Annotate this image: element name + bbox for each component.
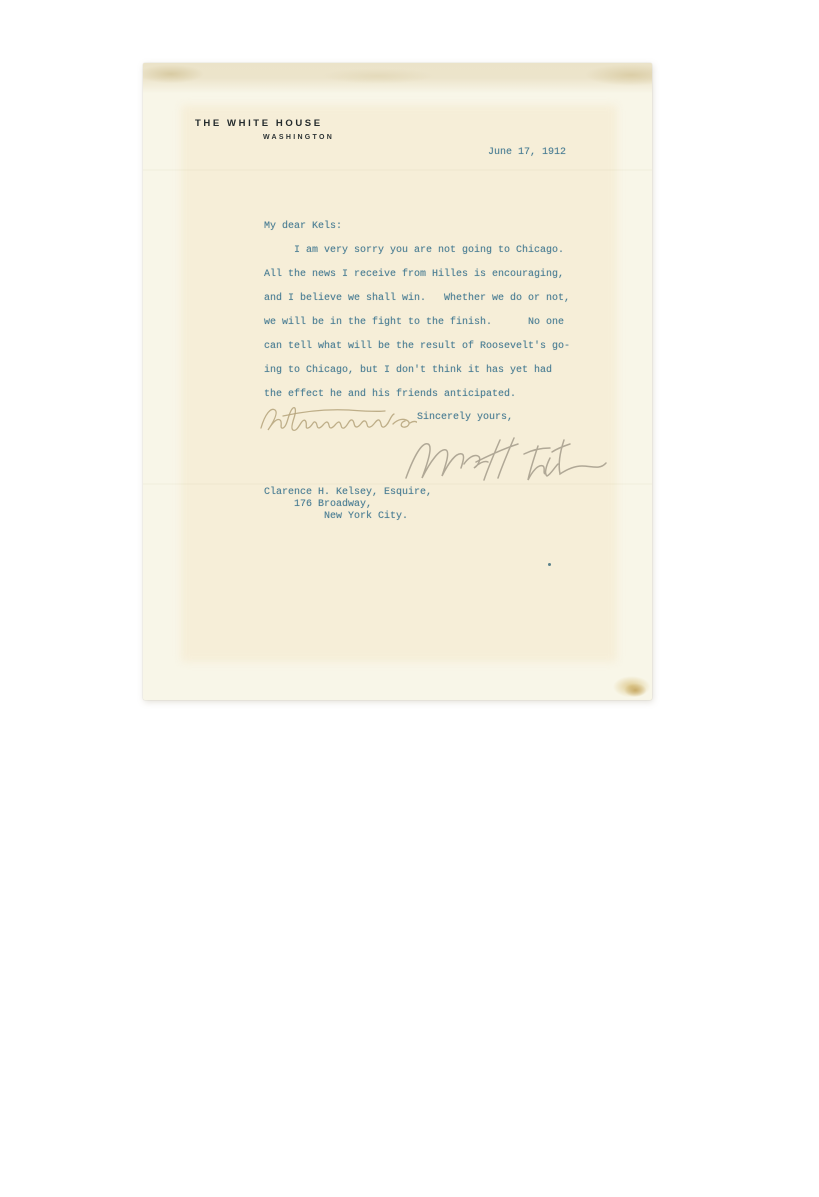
fold-crease-upper bbox=[143, 169, 652, 171]
body-line: All the news I receive from Hilles is en… bbox=[264, 263, 570, 287]
salutation: My dear Kels: bbox=[264, 221, 342, 233]
body-line: ing to Chicago, but I don't think it has… bbox=[264, 359, 570, 383]
letterhead-title: THE WHITE HOUSE bbox=[195, 118, 323, 129]
letterhead-subtitle: WASHINGTON bbox=[263, 134, 334, 141]
recipient-line-1: Clarence H. Kelsey, Esquire, bbox=[264, 487, 432, 499]
handwritten-affectionately bbox=[257, 402, 417, 436]
body-line: and I believe we shall win. Whether we d… bbox=[264, 287, 570, 311]
closing-typed: Sincerely yours, bbox=[417, 412, 513, 424]
recipient-line-2: 176 Broadway, bbox=[294, 499, 372, 511]
body-line: I am very sorry you are not going to Chi… bbox=[264, 239, 570, 263]
taft-signature bbox=[400, 432, 610, 484]
paper-top-toning bbox=[143, 63, 652, 93]
letter-body: I am very sorry you are not going to Chi… bbox=[264, 239, 570, 407]
body-line: we will be in the fight to the finish. N… bbox=[264, 311, 570, 335]
letter-page: THE WHITE HOUSE WASHINGTON June 17, 1912… bbox=[143, 63, 652, 700]
letter-date: June 17, 1912 bbox=[488, 147, 566, 159]
body-line: can tell what will be the result of Roos… bbox=[264, 335, 570, 359]
corner-stain bbox=[605, 665, 651, 699]
recipient-line-3: New York City. bbox=[324, 511, 408, 523]
scanned-letter-view: THE WHITE HOUSE WASHINGTON June 17, 1912… bbox=[0, 0, 819, 1197]
ink-dot bbox=[548, 563, 551, 566]
